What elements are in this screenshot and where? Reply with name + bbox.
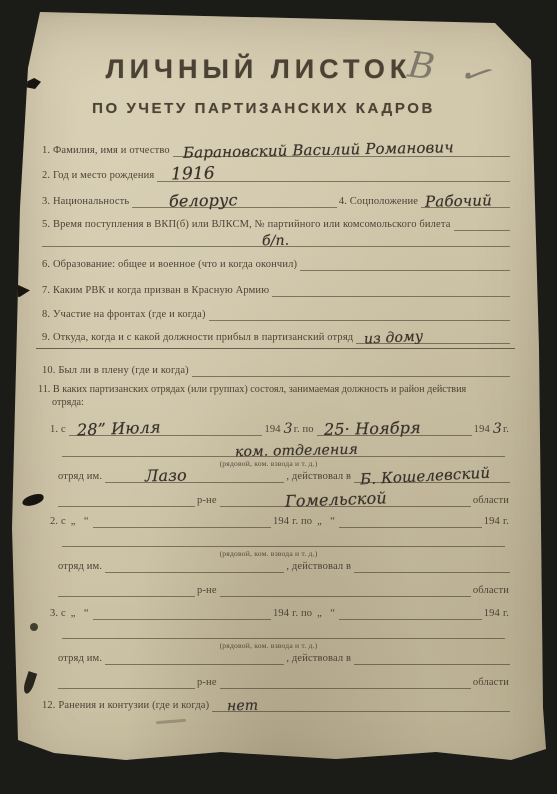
field-11-heading: 11. В каких партизанских отрядах (или гр… <box>38 383 512 409</box>
field-4-line: Рабочий <box>421 187 510 208</box>
entry-3-otryad-row: отряд им. , действовал в <box>58 646 512 665</box>
field-9-value-handwritten: из дому <box>364 328 424 347</box>
check-mark-icon: ✓ <box>454 55 494 93</box>
entry-3-dates-row: 3. с „ “ 194 г. по „ “ 194 г. <box>50 598 512 620</box>
entry-3-quote-to: „ “ <box>315 608 339 620</box>
field-11-label-line1: 11. В каких партизанских отрядах (или гр… <box>38 383 512 396</box>
entry-1-position-line: ком. отделения <box>62 439 505 457</box>
entry-1-from-handwritten: 28” Июля <box>76 418 160 440</box>
entry-1-acted-handwritten: Б. Кошелевский <box>360 464 491 489</box>
entry-2-region-line <box>220 578 471 597</box>
field-6-label: 6. Образование: общее и военное (что и к… <box>42 259 300 271</box>
entry-3-from-line <box>93 598 271 620</box>
entry-1-to-line: 25· Ноября <box>317 412 472 436</box>
entry-3-year-from-printed: 194 <box>273 608 292 620</box>
entry-3-otryad-label: отряд им. <box>58 653 105 665</box>
field-12-value-handwritten: нет <box>227 698 259 715</box>
entry-1-otryad-line: Лазо <box>105 464 284 483</box>
field-4-value-handwritten: Рабочий <box>424 191 491 210</box>
entry-2-acted-line <box>354 554 510 573</box>
entry-2-region-row: р-не области <box>58 578 512 597</box>
field-12-line: нет <box>212 692 510 712</box>
field-2-row: 2. Год и место рождения 1916 <box>42 161 512 182</box>
entry-2-g-label: г. <box>503 516 512 528</box>
entry-1-g-label: г. <box>503 424 512 436</box>
field-9-label: 9. Откуда, когда и с какой должности при… <box>42 332 356 344</box>
field-1-row: 1. Фамилия, имя и отчество Барановский В… <box>42 136 512 157</box>
ink-speck-margin <box>30 623 38 631</box>
entry-2-quote-from: „ “ <box>69 516 93 528</box>
smudge-mark <box>156 719 186 725</box>
field-11-label-line2: отряда: <box>38 396 512 409</box>
field-1-value-handwritten: Барановский Василий Романович <box>183 138 454 162</box>
ink-blot-margin-hook <box>22 671 37 695</box>
entry-1-po-label: г. по <box>294 424 317 436</box>
entry-1-dates-row: 1. с 28” Июля 194 3 г. по 25· Ноября 194… <box>50 412 512 436</box>
field-10-label: 10. Был ли в плену (где и когда) <box>42 365 192 377</box>
entry-1-otryad-row: отряд им. Лазо , действовал в Б. Кошелев… <box>58 464 512 483</box>
entry-2-position-line <box>62 529 505 547</box>
entry-3-num: 3. с <box>50 608 69 620</box>
field-8-line <box>209 300 510 321</box>
field-6-row: 6. Образование: общее и военное (что и к… <box>42 250 512 271</box>
field-3-line: белорус <box>132 187 336 208</box>
field-9-line: из дому <box>356 323 510 344</box>
entry-3-region-line <box>220 670 471 689</box>
field-2-label: 2. Год и место рождения <box>42 170 157 182</box>
entry-1-acted-label: , действовал в <box>286 471 354 483</box>
entry-3-region-row: р-не области <box>58 670 512 689</box>
ink-blot-field-7 <box>4 285 30 297</box>
entry-2-po-label: г. по <box>292 516 315 528</box>
field-2-line: 1916 <box>157 161 510 182</box>
entry-3-rne-label: р-не <box>197 677 220 689</box>
entry-2-year-to-printed: 194 <box>484 516 503 528</box>
entry-1-from-line: 28” Июля <box>69 412 263 436</box>
entry-2-position-row <box>62 529 507 547</box>
entry-3-position-row <box>62 621 507 639</box>
pencil-annotation: В ✓ <box>408 46 476 87</box>
entry-1-position-handwritten: ком. отделения <box>235 442 358 461</box>
entry-2-dates-row: 2. с „ “ 194 г. по „ “ 194 г. <box>50 506 512 528</box>
entry-1-year-to-handwritten: 3 <box>493 421 502 437</box>
field-4-label: 4. Соцположение <box>339 196 421 208</box>
ink-blot-margin-squiggle <box>21 492 45 507</box>
entry-3-acted-line <box>354 646 510 665</box>
field-3-value-handwritten: белорус <box>169 190 238 210</box>
entry-1-year-to-printed: 194 <box>474 424 493 436</box>
field-2-value-handwritten: 1916 <box>171 164 215 185</box>
field-10-row: 10. Был ли в плену (где и когда) <box>42 356 512 377</box>
entry-2-acted-label: , действовал в <box>286 561 354 573</box>
entry-3-year-to-printed: 194 <box>484 608 503 620</box>
entry-3-g-label: г. <box>503 608 512 620</box>
entry-3-acted-label: , действовал в <box>286 653 354 665</box>
entry-3-otryad-line <box>105 646 284 665</box>
field-5-value-handwritten: б/п. <box>262 233 290 250</box>
entry-1-acted-line: Б. Кошелевский <box>354 464 510 483</box>
entry-1-otryad-handwritten: Лазо <box>144 466 186 486</box>
entry-1-region-line: Гомельской <box>220 488 471 507</box>
field-12-label: 12. Ранения и контузии (где и когда) <box>42 700 212 712</box>
field-12-row: 12. Ранения и контузии (где и когда) нет <box>42 692 512 712</box>
form-subtitle: ПО УЧЕТУ ПАРТИЗАНСКИХ КАДРОВ <box>6 100 521 117</box>
field-7-row: 7. Каким РВК и когда призван в Красную А… <box>42 276 512 297</box>
entry-1-position-row: ком. отделения <box>62 439 507 457</box>
entry-1-otryad-label: отряд им. <box>58 471 105 483</box>
entry-1-region-row: р-не Гомельской области <box>58 488 512 507</box>
entry-2-otryad-row: отряд им. , действовал в <box>58 554 512 573</box>
field-5-answer-row: б/п. <box>42 226 512 247</box>
pencil-letter: В <box>406 45 437 89</box>
entry-2-region-prefix-line <box>58 578 195 597</box>
entry-3-to-line <box>339 598 482 620</box>
paper-sheet: ЛИЧНЫЙ ЛИСТОК В ✓ ПО УЧЕТУ ПАРТИЗАНСКИХ … <box>6 8 551 786</box>
field-7-label: 7. Каким РВК и когда призван в Красную А… <box>42 285 272 297</box>
field-6-line <box>300 250 510 271</box>
entry-2-from-line <box>93 506 271 528</box>
field-1-label: 1. Фамилия, имя и отчество <box>42 145 173 157</box>
entry-2-year-from-printed: 194 <box>273 516 292 528</box>
field-3-label: 3. Национальность <box>42 196 132 208</box>
entry-1-year-from-handwritten: 3 <box>284 421 293 437</box>
entry-3-oblast-label: области <box>473 677 512 689</box>
entry-2-otryad-label: отряд им. <box>58 561 105 573</box>
entry-2-oblast-label: области <box>473 585 512 597</box>
field-9-row: 9. Откуда, когда и с какой должности при… <box>42 323 512 344</box>
entry-3-po-label: г. по <box>292 608 315 620</box>
entry-1-year-from-printed: 194 <box>264 424 283 436</box>
entry-3-quote-from: „ “ <box>69 608 93 620</box>
scanned-document-page: { "colors":{ "background":"#1b1b18", "pa… <box>0 0 557 794</box>
field-8-label: 8. Участие на фронтах (где и когда) <box>42 309 209 321</box>
field-5-answer-line: б/п. <box>42 226 510 247</box>
entry-1-region-prefix-line <box>58 488 195 507</box>
entry-1-num: 1. с <box>50 424 69 436</box>
field-7-line <box>272 276 510 297</box>
entry-1-to-handwritten: 25· Ноября <box>324 418 421 439</box>
entry-2-to-line <box>339 506 482 528</box>
entry-2-quote-to: „ “ <box>315 516 339 528</box>
field-10-line <box>192 356 510 377</box>
field-8-row: 8. Участие на фронтах (где и когда) <box>42 300 512 321</box>
section-divider-line <box>36 348 515 349</box>
entry-2-otryad-line <box>105 554 284 573</box>
field-3-4-row: 3. Национальность белорус 4. Соцположени… <box>42 187 512 208</box>
field-1-line: Барановский Василий Романович <box>173 136 510 157</box>
entry-2-rne-label: р-не <box>197 585 220 597</box>
entry-2-num: 2. с <box>50 516 69 528</box>
entry-3-region-prefix-line <box>58 670 195 689</box>
entry-3-position-line <box>62 621 505 639</box>
